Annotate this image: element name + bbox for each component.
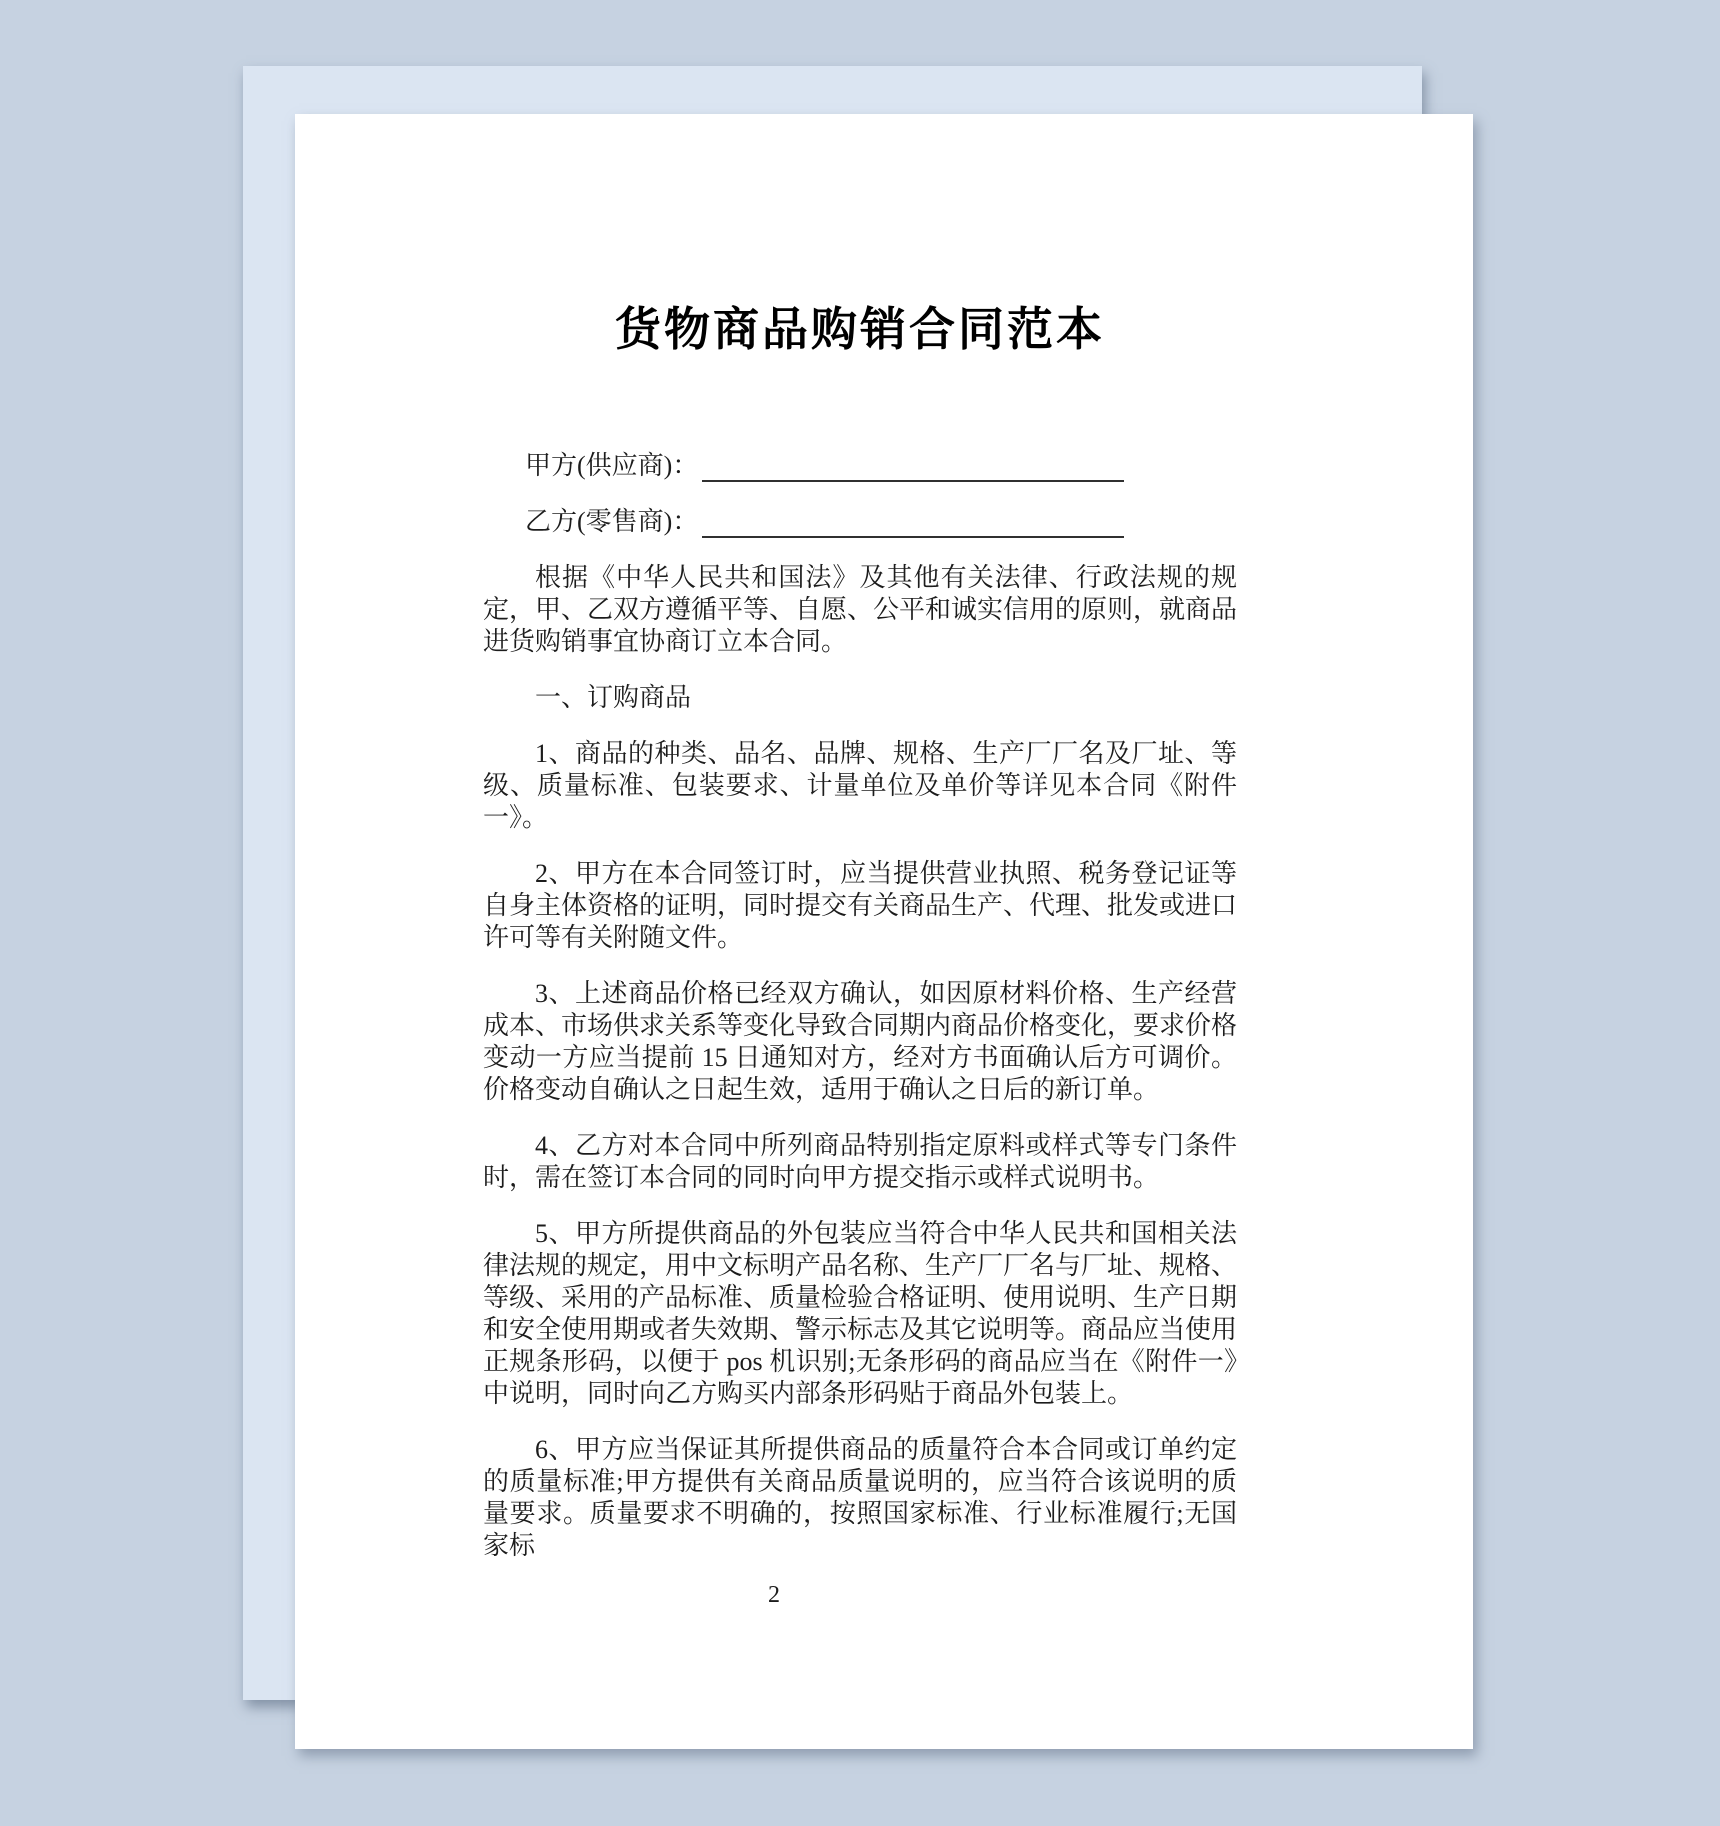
- clause-3: 3、上述商品价格已经双方确认，如因原材料价格、生产经营成本、市场供求关系等变化导…: [483, 978, 1237, 1106]
- page-number: 2: [768, 1581, 780, 1609]
- field-row-party-b: 乙方(零售商)：: [525, 506, 1237, 538]
- clause-4: 4、乙方对本合同中所列商品特别指定原料或样式等专门条件时，需在签订本合同的同时向…: [483, 1130, 1237, 1194]
- document-title: 货物商品购销合同范本: [483, 305, 1237, 353]
- document-content: 货物商品购销合同范本 甲方(供应商)： 乙方(零售商)： 根据《中华人民共和国法…: [483, 114, 1237, 1562]
- contract-body: 根据《中华人民共和国法》及其他有关法律、行政法规的规定，甲、乙双方遵循平等、自愿…: [483, 562, 1237, 1562]
- party-fields: 甲方(供应商)： 乙方(零售商)：: [483, 450, 1237, 538]
- canvas: { "doc": { "title": "货物商品购销合同范本", "page_…: [0, 0, 1720, 1826]
- clause-6: 6、甲方应当保证其所提供商品的质量符合本合同或订单约定的质量标准;甲方提供有关商…: [483, 1434, 1237, 1562]
- party-a-label: 甲方(供应商)：: [525, 450, 698, 482]
- document-page: 货物商品购销合同范本 甲方(供应商)： 乙方(零售商)： 根据《中华人民共和国法…: [295, 114, 1473, 1749]
- section-heading-order-goods: 一、订购商品: [483, 682, 1237, 714]
- clause-1: 1、商品的种类、品名、品牌、规格、生产厂厂名及厂址、等级、质量标准、包装要求、计…: [483, 738, 1237, 834]
- clause-2: 2、甲方在本合同签订时，应当提供营业执照、税务登记证等自身主体资格的证明，同时提…: [483, 858, 1237, 954]
- field-row-party-a: 甲方(供应商)：: [525, 450, 1237, 482]
- party-b-blank-line: [702, 510, 1124, 538]
- party-b-label: 乙方(零售商)：: [525, 506, 698, 538]
- party-a-blank-line: [702, 454, 1124, 482]
- clause-5: 5、甲方所提供商品的外包装应当符合中华人民共和国相关法律法规的规定，用中文标明产…: [483, 1218, 1237, 1410]
- paragraph-preamble: 根据《中华人民共和国法》及其他有关法律、行政法规的规定，甲、乙双方遵循平等、自愿…: [483, 562, 1237, 658]
